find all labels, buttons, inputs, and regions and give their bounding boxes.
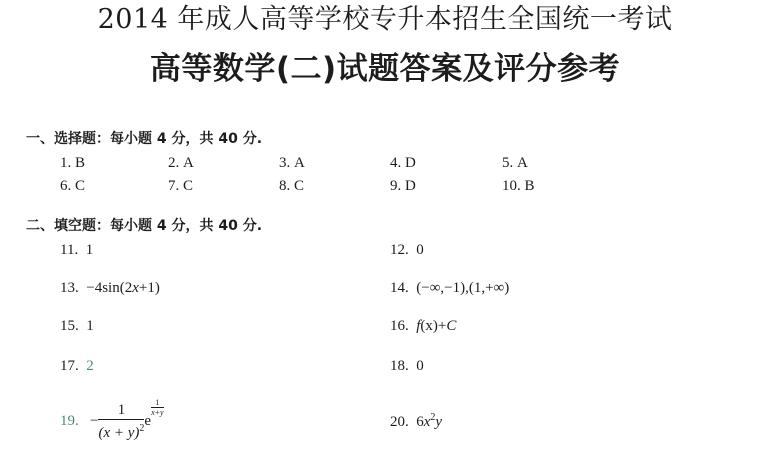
answer-5: 5. A (502, 153, 528, 173)
answer-16: 16. f(x)+C (390, 316, 456, 336)
document-title: 2014 年成人高等学校专升本招生全国统一考试 (0, 2, 770, 38)
title-line-2: 高等数学(二)试题答案及评分参考 (150, 51, 620, 87)
answer-2: 2. A (168, 153, 194, 173)
answer-12: 12. 0 (390, 240, 424, 260)
formula-19: −1(x + y)2e1x+y (90, 413, 164, 429)
answer-20: 20. 6x2y (390, 408, 442, 432)
answer-14: 14. (−∞,−1),(1,+∞) (390, 278, 509, 298)
answer-3: 3. A (279, 153, 305, 173)
document-subtitle: 高等数学(二)试题答案及评分参考 (0, 48, 770, 90)
title-line-1: 2014 年成人高等学校专升本招生全国统一考试 (98, 4, 673, 35)
answer-10: 10. B (502, 176, 535, 196)
section1-heading: 一、选择题：每小题 4 分，共 40 分. (26, 130, 262, 148)
answer-4: 4. D (390, 153, 416, 173)
answer-8: 8. C (279, 176, 304, 196)
section2-heading: 二、填空题：每小题 4 分，共 40 分. (26, 217, 262, 235)
answer-13: 13. −4sin(2x+1) (60, 278, 160, 298)
answer-6: 6. C (60, 176, 85, 196)
answer-15: 15. 1 (60, 316, 94, 336)
answer-11: 11. 1 (60, 240, 93, 260)
answer-19: 19. −1(x + y)2e1x+y (60, 398, 164, 442)
answer-18: 18. 0 (390, 356, 424, 376)
answer-9: 9. D (390, 176, 416, 196)
answer-17: 17. 2 (60, 356, 94, 376)
answer-7: 7. C (168, 176, 193, 196)
answer-1: 1. B (60, 153, 85, 173)
